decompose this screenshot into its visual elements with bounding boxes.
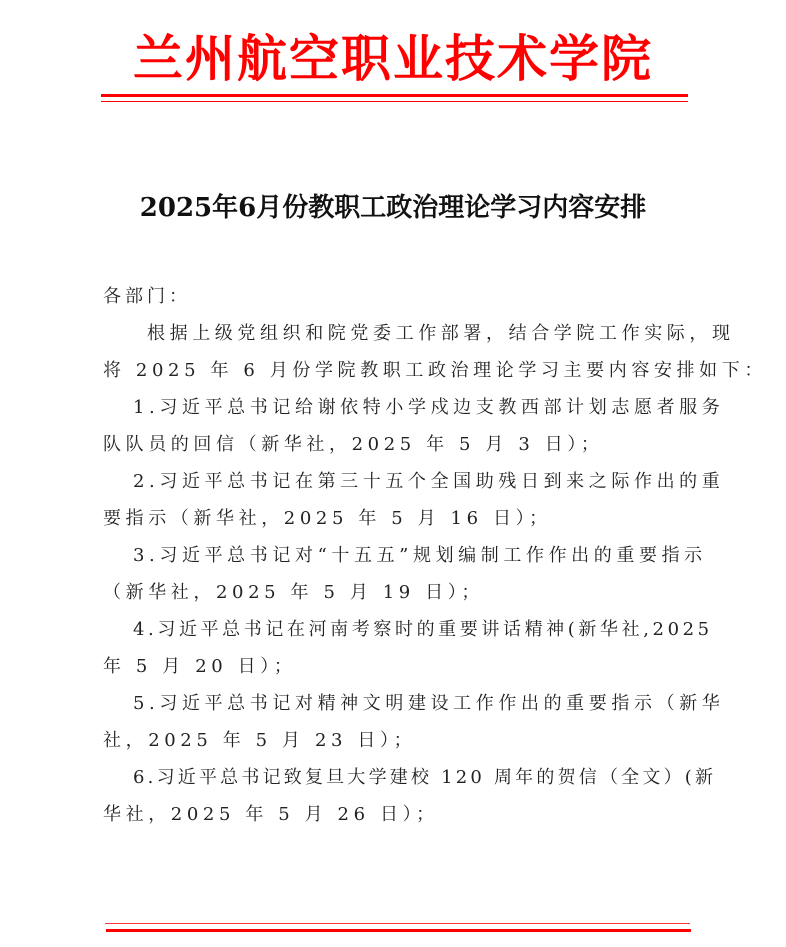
header-rule-thick: [101, 94, 688, 97]
document-title: 2025年6月份教职工政治理论学习内容安排: [0, 190, 786, 226]
footer-rule-thick: [106, 929, 691, 932]
list-item: 5.习近平总书记对精神文明建设工作作出的重要指示（新华 社，2025 年 5 月…: [103, 685, 693, 759]
list-item: 6.习近平总书记致复旦大学建校 120 周年的贺信（全文）(新 华社，2025 …: [103, 759, 693, 833]
list-item-line-2: （新华社，2025 年 5 月 19 日）；: [103, 574, 693, 611]
list-item-line-1: 2.习近平总书记在第三十五个全国助残日到来之际作出的重: [103, 463, 693, 500]
list-item-line-1: 3.习近平总书记对“十五五”规划编制工作作出的重要指示: [103, 537, 693, 574]
header-rule-thin: [101, 101, 688, 102]
list-item: 4.习近平总书记在河南考察时的重要讲话精神(新华社,2025 年 5 月 20 …: [103, 611, 693, 685]
list-item: 3.习近平总书记对“十五五”规划编制工作作出的重要指示 （新华社，2025 年 …: [103, 537, 693, 611]
list-item: 2.习近平总书记在第三十五个全国助残日到来之际作出的重 要指示（新华社，2025…: [103, 463, 693, 537]
footer-rule-thin: [105, 923, 690, 924]
list-item-line-1: 5.习近平总书记对精神文明建设工作作出的重要指示（新华: [103, 685, 693, 722]
institution-masthead: 兰州航空职业技术学院: [0, 28, 786, 90]
list-item-line-2: 要指示（新华社，2025 年 5 月 16 日）；: [103, 500, 693, 537]
list-item-line-2: 社，2025 年 5 月 23 日）；: [103, 722, 693, 759]
list-item-line-1: 6.习近平总书记致复旦大学建校 120 周年的贺信（全文）(新: [103, 759, 693, 796]
intro-line-1: 根据上级党组织和院党委工作部署，结合学院工作实际，现: [103, 315, 693, 352]
list-item-line-2: 华社，2025 年 5 月 26 日）；: [103, 796, 693, 833]
intro-line-2: 将 2025 年 6 月份学院教职工政治理论学习主要内容安排如下：: [103, 352, 693, 389]
list-item-line-1: 4.习近平总书记在河南考察时的重要讲话精神(新华社,2025: [103, 611, 693, 648]
intro-paragraph: 根据上级党组织和院党委工作部署，结合学院工作实际，现 将 2025 年 6 月份…: [103, 315, 693, 389]
document-body: 各部门： 根据上级党组织和院党委工作部署，结合学院工作实际，现 将 2025 年…: [103, 278, 693, 833]
salutation: 各部门：: [103, 278, 693, 315]
list-item-line-2: 队队员的回信（新华社，2025 年 5 月 3 日）；: [103, 426, 693, 463]
list-item: 1.习近平总书记给谢依特小学戍边支教西部计划志愿者服务 队队员的回信（新华社，2…: [103, 389, 693, 463]
list-item-line-1: 1.习近平总书记给谢依特小学戍边支教西部计划志愿者服务: [103, 389, 693, 426]
list-item-line-2: 年 5 月 20 日）；: [103, 648, 693, 685]
